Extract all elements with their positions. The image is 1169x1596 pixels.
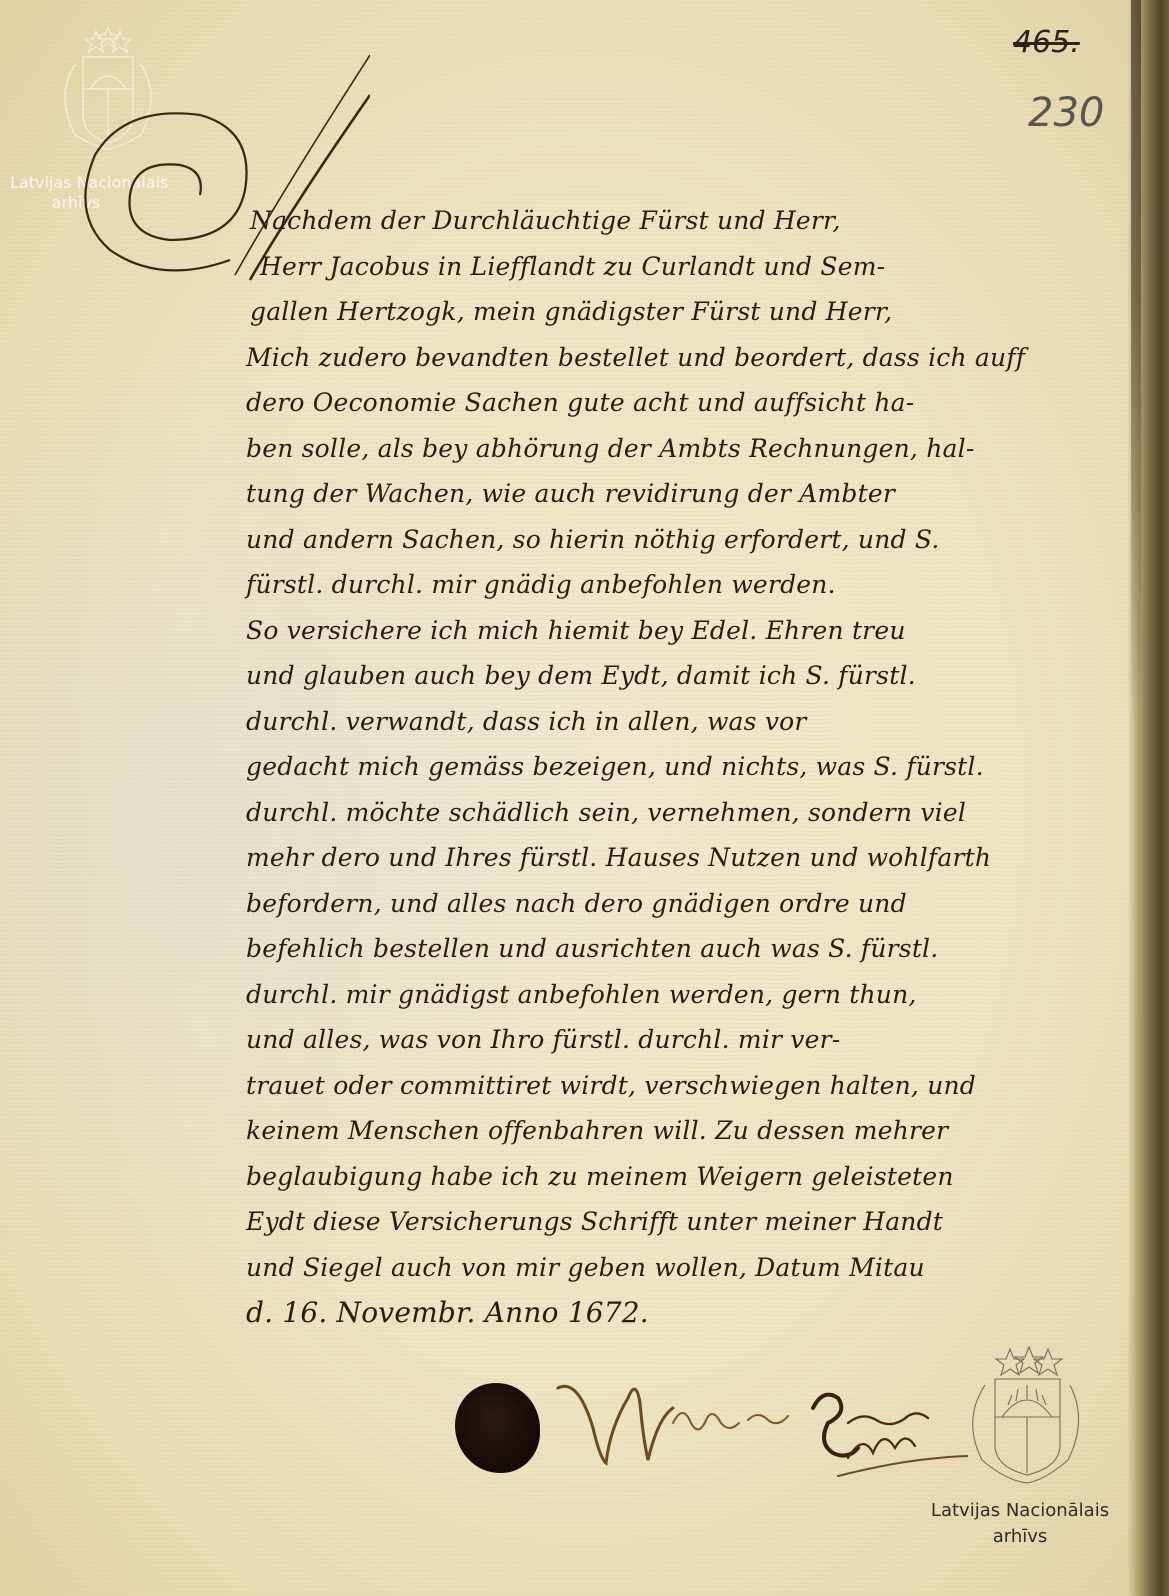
manuscript-line: fürstl. durchl. mir gnädig anbefohlen we… (228, 562, 1148, 608)
manuscript-page: 465. 230 Latvijas Nacionālais arhīvs Nac… (0, 0, 1169, 1596)
manuscript-line: So versichere ich mich hiemit bey Edel. … (228, 608, 1148, 654)
manuscript-line: Eydt diese Versicherungs Schrifft unter … (228, 1199, 1148, 1245)
watermark-label-line2: arhīvs (905, 1524, 1135, 1550)
manuscript-line: mehr dero und Ihres fürstl. Hauses Nutze… (228, 835, 1148, 881)
manuscript-line: und andern Sachen, so hierin nöthig erfo… (228, 517, 1148, 563)
signature (548, 1368, 968, 1478)
manuscript-line: gallen Hertzogk, mein gnädigster Fürst u… (228, 289, 1148, 335)
manuscript-line: befordern, und alles nach dero gnädigen … (228, 881, 1148, 927)
manuscript-line: gedacht mich gemäss bezeigen, und nichts… (228, 744, 1148, 790)
manuscript-line: durchl. möchte schädlich sein, vernehmen… (228, 790, 1148, 836)
manuscript-line: Herr Jacobus in Liefflandt zu Curlandt u… (228, 244, 1148, 290)
manuscript-body: Nachdem der Durchläuchtige Fürst und Her… (228, 198, 1148, 1336)
manuscript-line: durchl. verwandt, dass ich in allen, was… (228, 699, 1148, 745)
manuscript-line: dero Oeconomie Sachen gute acht und auff… (228, 380, 1148, 426)
folio-number-old: 465. (1013, 25, 1080, 60)
manuscript-line: durchl. mir gnädigst anbefohlen werden, … (228, 972, 1148, 1018)
folio-number-current: 230 (1028, 90, 1104, 136)
watermark-label-line1: Latvijas Nacionālais (905, 1498, 1135, 1524)
manuscript-line: trauet oder committiret wirdt, verschwie… (228, 1063, 1148, 1109)
manuscript-line: und alles, was von Ihro fürstl. durchl. … (228, 1017, 1148, 1063)
manuscript-line: befehlich bestellen und ausrichten auch … (228, 926, 1148, 972)
wax-seal (455, 1383, 540, 1473)
manuscript-line: tung der Wachen, wie auch revidirung der… (228, 471, 1148, 517)
manuscript-line: Mich zudero bevandten bestellet und beor… (228, 335, 1148, 381)
manuscript-line: keinem Menschen offenbahren will. Zu des… (228, 1108, 1148, 1154)
manuscript-line: Nachdem der Durchläuchtige Fürst und Her… (228, 198, 1148, 244)
manuscript-line: und Siegel auch von mir geben wollen, Da… (228, 1245, 1148, 1291)
latvia-coat-of-arms-icon (960, 1345, 1090, 1485)
manuscript-line: ben solle, als bey abhörung der Ambts Re… (228, 426, 1148, 472)
manuscript-line: beglaubigung habe ich zu meinem Weigern … (228, 1154, 1148, 1200)
archive-watermark-bottom: Latvijas Nacionālais arhīvs (905, 1498, 1135, 1550)
manuscript-date-line: d. 16. Novembr. Anno 1672. (228, 1290, 1148, 1336)
manuscript-line: und glauben auch bey dem Eydt, damit ich… (228, 653, 1148, 699)
